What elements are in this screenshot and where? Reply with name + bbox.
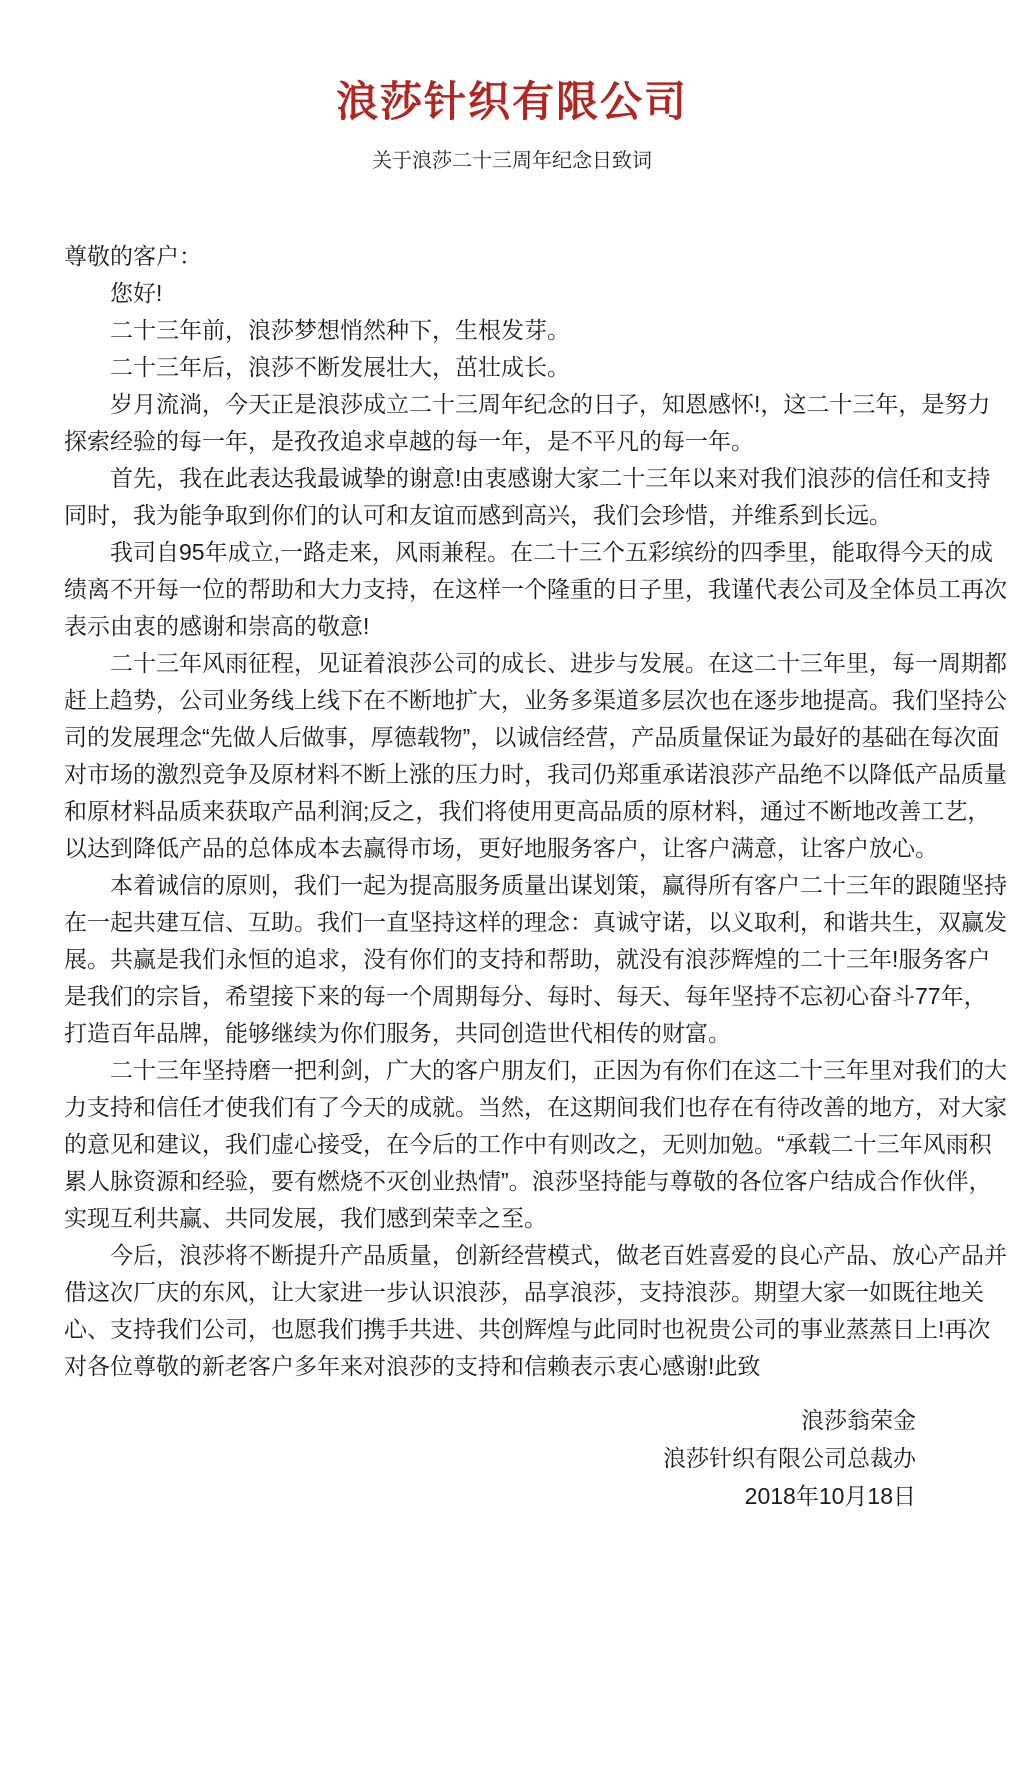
paragraph: 您好! xyxy=(64,275,1008,312)
paragraph-list: 您好!二十三年前，浪莎梦想悄然种下，生根发芽。二十三年后，浪莎不断发展壮大，茁壮… xyxy=(64,275,1008,1385)
paragraph: 首先，我在此表达我最诚挚的谢意!由衷感谢大家二十三年以来对我们浪莎的信任和支持同… xyxy=(64,460,1008,534)
signature-date: 2018年10月18日 xyxy=(0,1477,916,1515)
paragraph: 二十三年后，浪莎不断发展壮大，茁壮成长。 xyxy=(64,349,1008,386)
signature-department: 浪莎针织有限公司总裁办 xyxy=(0,1439,916,1477)
salutation: 尊敬的客户： xyxy=(64,238,1008,275)
paragraph: 二十三年风雨征程，见证着浪莎公司的成长、进步与发展。在这二十三年里，每一周期都赶… xyxy=(64,645,1008,867)
paragraph: 二十三年坚持磨一把利剑，广大的客户朋友们，正因为有你们在这二十三年里对我们的大力… xyxy=(64,1052,1008,1237)
letter-subtitle: 关于浪莎二十三周年纪念日致词 xyxy=(0,150,1024,172)
paragraph: 我司自95年成立,一路走来，风雨兼程。在二十三个五彩缤纷的四季里，能取得今天的成… xyxy=(64,534,1008,645)
company-title: 浪莎针织有限公司 xyxy=(0,0,1024,124)
signature-block: 浪莎翁荣金 浪莎针织有限公司总裁办 2018年10月18日 xyxy=(0,1401,960,1515)
paragraph: 今后，浪莎将不断提升产品质量，创新经营模式，做老百姓喜爱的良心产品、放心产品并借… xyxy=(64,1237,1008,1385)
letter-document-page: 浪莎针织有限公司 关于浪莎二十三周年纪念日致词 尊敬的客户： 您好!二十三年前，… xyxy=(0,0,1024,1778)
letter-body: 尊敬的客户： 您好!二十三年前，浪莎梦想悄然种下，生根发芽。二十三年后，浪莎不断… xyxy=(0,238,1008,1385)
paragraph: 二十三年前，浪莎梦想悄然种下，生根发芽。 xyxy=(64,312,1008,349)
signature-name: 浪莎翁荣金 xyxy=(0,1401,916,1439)
paragraph: 本着诚信的原则，我们一起为提高服务质量出谋划策，赢得所有客户二十三年的跟随坚持在… xyxy=(64,867,1008,1052)
paragraph: 岁月流淌，今天正是浪莎成立二十三周年纪念的日子，知恩感怀!，这二十三年，是努力探… xyxy=(64,386,1008,460)
